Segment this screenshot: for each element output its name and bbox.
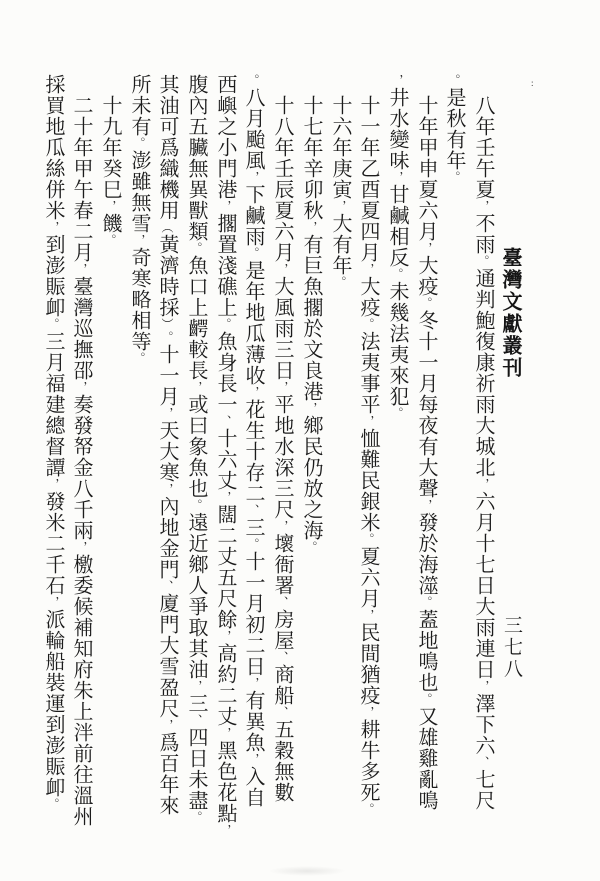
page-number: 三七八 (496, 615, 526, 681)
text-column-13: 所未有。澎雖無雪，奇寒略相等。 (124, 74, 153, 365)
text-column-10: 西嶼之小門港，擱置淺礁上。魚身長一、十六丈，闊二丈五尺餘，高約二丈，黑色花點， (210, 74, 239, 837)
text-column-4: ，井水變味，甘鹹相反。未幾法夷來犯。 (382, 74, 411, 420)
text-column-15: 二十年甲午春二月，臺灣巡撫邵，奏發帑金八千兩，檄委候補知府朱上泮前往溫州 (66, 95, 95, 827)
text-column-8: 十八年壬辰夏六月，大風雨三日，平地水深三尺，壞衙署、房屋、商船、五穀無數 (267, 95, 296, 803)
text-column-12: 其油可爲織機用︵黃濟時採︶。十一月，天大寒，內地金門、廈門大雪盈尺，爲百年來 (152, 74, 181, 816)
text-column-11: 腹內五臟無異獸類。魚口上齶較長，或曰象魚也。遠近鄉人爭取其油，三、四日未盡。 (181, 74, 210, 824)
text-column-5: 十一年乙酉夏四月，大疫。法夷事平，恤難民銀米。夏六月，民間猶疫，耕牛多死。 (353, 95, 382, 816)
text-column-9: 。八月颱風，下鹹雨。是年地瓜薄收，花生十存二、三。十一月初二日，有異魚，入自 (238, 74, 267, 808)
text-column-7: 十七年辛卯秋，有巨魚擱於文良港，鄉民仍放之海。 (296, 95, 325, 554)
scan-smudge (268, 866, 346, 876)
text-column-14: 十九年癸巳，饑。 (95, 95, 124, 247)
text-column-3: 十年甲申夏六月，大疫。冬十一月每夜有大聲，發於海澨。蓋地鳴也。又雄雞亂鳴 (411, 95, 440, 811)
book-page-scan: 臺灣文獻叢刊 三七八 : 八年壬午夏，不雨。通判鮑復康祈雨大城北，六月十七日大雨… (0, 0, 600, 881)
series-title: 臺灣文獻叢刊 (495, 247, 525, 379)
text-column-6: 十六年庚寅，大有年。 (325, 95, 354, 289)
text-column-2: 。是秋有年。 (439, 74, 468, 184)
text-column-16: 採買地瓜絲併米，到澎賑卹。三月福建總督譚，發米二千石，派輪船裝運到澎賑卹。 (38, 74, 67, 811)
scan-artifact-mark: : (531, 78, 534, 88)
text-column-1: 八年壬午夏，不雨。通判鮑復康祈雨大城北，六月十七日大雨連日，澤下六、七尺 (468, 95, 497, 811)
